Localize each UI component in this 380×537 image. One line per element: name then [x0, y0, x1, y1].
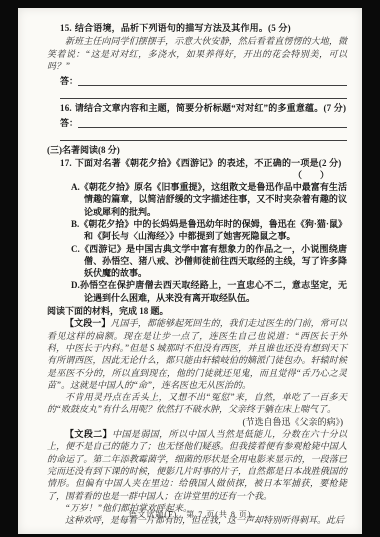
passage-text: 中国是弱国，所以中国人当然是低能儿，分数在六十分以上，便不是自己的能力了；也无怪… [47, 429, 347, 500]
question-number: 16. [60, 103, 72, 113]
passage-1-tag: 【文段一】 [65, 318, 111, 328]
option-text: 《朝花夕拾》原名《旧事重提》，这组散文是鲁迅作品中最富有生活情趣的篇章，以简洁舒… [80, 182, 347, 217]
answer-rule [78, 127, 347, 128]
passage-1-para-1: 【文段一】凡国手，都能够起死回生的，我们走过医生的门前，常可以看见这样的扁额。现… [47, 317, 347, 391]
question-number: 17. [60, 158, 72, 168]
question-15-answer-line: 答： [60, 72, 347, 87]
section-3-title: (三)名著阅读(8 分) [47, 144, 347, 156]
option-label: A. [71, 182, 80, 192]
question-text: 下面对名著《朝花夕拾》《西游记》的表述，不正确的一项是(2 分) [75, 158, 342, 168]
option-a: A.《朝花夕拾》原名《旧事重提》，这组散文是鲁迅作品中最富有生活情趣的篇章，以简… [71, 181, 347, 218]
answer-label: 答： [60, 117, 78, 129]
question-17: 17.下面对名著《朝花夕拾》《西游记》的表述，不正确的一项是(2 分) （ ） … [47, 157, 347, 304]
option-text: 孙悟空在保护唐僧去西天取经路上，一直忠心不二，意志坚定，无论遇到什么困难，从来没… [80, 280, 347, 302]
answer-rule-line [60, 129, 347, 141]
option-c: C.《西游记》是中国古典文学中富有想象力的作品之一，小说围绕唐僧、孙悟空、猪八戒… [71, 243, 347, 280]
option-d: D.孙悟空在保护唐僧去西天取经路上，一直忠心不二，意志坚定，无论遇到什么困难，从… [71, 279, 347, 304]
question-15: 15.结合语境，品析下列语句的描写方法及其作用。(5 分) 新班主任向同学们摆摆… [47, 22, 347, 99]
question-15-prompt: 15.结合语境，品析下列语句的描写方法及其作用。(5 分) [60, 22, 347, 34]
question-16-answer-line: 答： [60, 114, 347, 129]
question-18-intro: 阅读下面的材料，完成 18 题。 [47, 305, 347, 317]
answer-rule [78, 85, 347, 86]
question-16-prompt: 16.请结合文章内容和主题，简要分析标题“对对红”的多重意蕴。(7 分) [60, 102, 347, 114]
question-text: 请结合文章内容和主题，简要分析标题“对对红”的多重意蕴。(7 分) [75, 103, 346, 113]
passage-2-para-1: 【文段二】中国是弱国，所以中国人当然是低能儿，分数在六十分以上，便不是自己的能力… [47, 428, 347, 502]
option-text: 《朝花夕拾》中的长妈妈是鲁迅幼年时的保姆，鲁迅在《狗·猫·鼠》和《阿长与〈山海经… [79, 219, 347, 241]
question-text: 结合语境，品析下列语句的描写方法及其作用。(5 分) [75, 23, 291, 33]
passage-text: 凡国手，都能够起死回生的，我们走过医生的门前，常可以看见这样的扁额。现在是让步一… [47, 318, 347, 389]
answer-label: 答： [60, 75, 78, 87]
question-15-quote: 新班主任向同学们摆摆手，示意大伙安静，然后看着直愣愣的大地，微笑着说：“这是对对… [47, 35, 347, 72]
page-footer: 语文试题(F) 第 7 页(共 8 页) [18, 509, 362, 520]
option-label: C. [71, 244, 80, 254]
passage-2-tag: 【文段二】 [65, 429, 112, 439]
passage-1-para-2: 不肯用灵丹点在舌头上，又想不出“冤愆”来，自然，单吃了一百多天的“败鼓皮丸”有什… [47, 391, 347, 416]
passage-1-source: (节选自鲁迅《父亲的病》) [47, 416, 347, 428]
option-label: D. [71, 280, 80, 290]
answer-bracket: （ ） [47, 169, 347, 181]
exam-scan-page: 15.结合语境，品析下列语句的描写方法及其作用。(5 分) 新班主任向同学们摆摆… [18, 8, 362, 534]
question-number: 15. [60, 23, 72, 33]
question-16: 16.请结合文章内容和主题，简要分析标题“对对红”的多重意蕴。(7 分) 答： [47, 102, 347, 141]
answer-rule-line [60, 87, 347, 99]
exam-content: 15.结合语境，品析下列语句的描写方法及其作用。(5 分) 新班主任向同学们摆摆… [18, 8, 362, 526]
option-text: 《西游记》是中国古典文学中富有想象力的作品之一，小说围绕唐僧、孙悟空、猪八戒、沙… [80, 244, 347, 279]
option-b: B.《朝花夕拾》中的长妈妈是鲁迅幼年时的保姆，鲁迅在《狗·猫·鼠》和《阿长与〈山… [71, 218, 347, 243]
question-17-prompt: 17.下面对名著《朝花夕拾》《西游记》的表述，不正确的一项是(2 分) [60, 157, 347, 169]
